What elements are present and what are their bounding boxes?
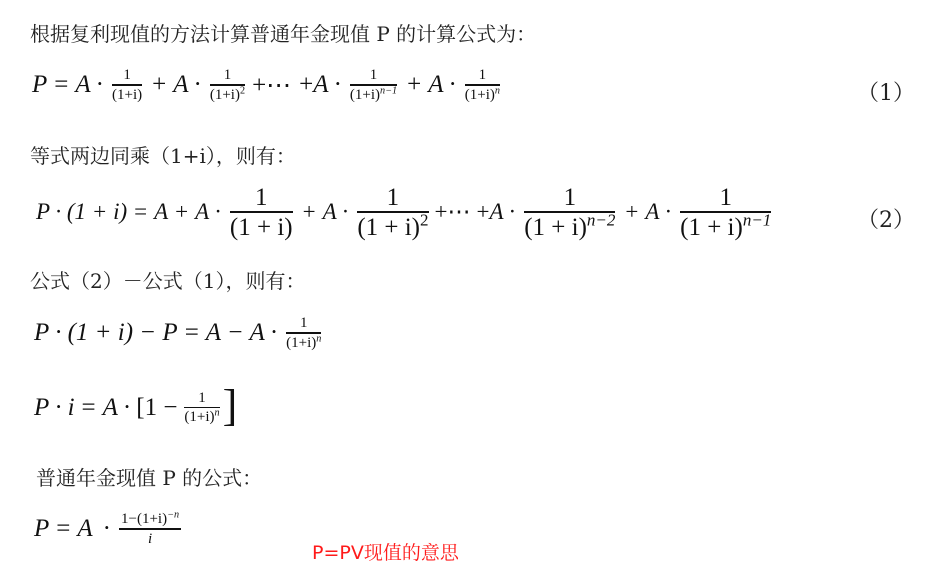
eq1-fraction-2: 1 (1+i)2 [210, 68, 245, 103]
pv-annotation: P=PV现值的意思 [312, 538, 459, 565]
eq2-fraction-4: 1 (1 + i)n−1 [680, 185, 771, 240]
eq3-fraction: 1 (1+i)n [286, 316, 321, 351]
eq1-equals: = [54, 71, 68, 99]
equation-number-2: （2） [857, 203, 915, 234]
eq4-lhs: P · i [34, 394, 75, 422]
eq2-fraction-3: 1 (1 + i)n−2 [524, 185, 615, 240]
eq1-fraction-3: 1 (1+i)n−1 [350, 68, 397, 103]
equation-3: P · (1 + i) − P = A − A · 1 (1+i)n [34, 316, 324, 351]
step2-text: 等式两边同乘（1+i），则有： [30, 140, 296, 169]
eq1-coef-1: A [75, 71, 90, 99]
eq2-lhs: P · (1 + i) [36, 199, 127, 225]
equation-number-1: （1） [857, 76, 915, 107]
eq1-fraction-4: 1 (1+i)n [465, 68, 500, 103]
eq1-fraction-1: 1 (1+i) [112, 68, 142, 103]
eq2-fraction-1: 1 (1 + i) [230, 185, 293, 240]
eq2-fraction-2: 1 (1 + i)2 [357, 185, 428, 240]
eq2-ellipsis: +⋯ [435, 199, 471, 225]
eq5-lhs: P [34, 515, 49, 543]
eq1-dot-1: · [96, 71, 104, 99]
final-text: 普通年金现值 P 的公式： [36, 462, 262, 491]
equation-2: P · (1 + i) = A + A · 1 (1 + i) + A · 1 … [36, 185, 774, 240]
eq1-ellipsis: +⋯ [252, 70, 291, 100]
intro-text: 根据复利现值的方法计算普通年金现值 P 的计算公式为： [30, 18, 536, 47]
eq5-fraction: 1−(1+i)−n i [119, 512, 181, 547]
equation-4: P · i = A · [ 1 − 1 (1+i)n ] [34, 386, 237, 430]
eq4-fraction: 1 (1+i)n [184, 391, 219, 426]
equation-1: P = A · 1 (1+i) + A · 1 (1+i)2 +⋯ + A · … [32, 68, 503, 103]
equation-5: P = A · 1−(1+i)−n i [34, 512, 184, 547]
eq1-lhs: P [32, 71, 47, 99]
eq3-lhs: P · (1 + i) − P [34, 319, 178, 347]
step3-text: 公式（2）－公式（1），则有： [30, 265, 305, 294]
